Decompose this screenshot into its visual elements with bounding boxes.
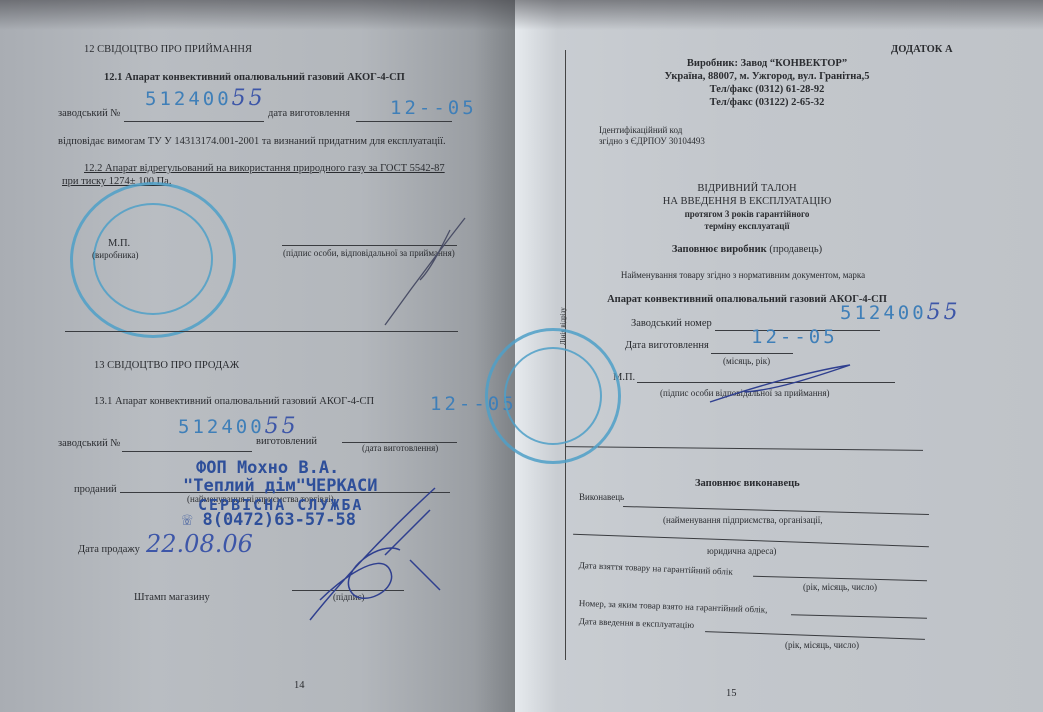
serial-stamp: 51240055 bbox=[145, 86, 266, 111]
section-13-title: 13 СВІДОЦТВО ПРО ПРОДАЖ bbox=[94, 360, 239, 371]
serial-label: заводський № bbox=[58, 108, 120, 119]
phone-1: Тел/факс (0312) 61-28-92 bbox=[710, 84, 825, 95]
executor-caption-2: юридична адреса) bbox=[707, 546, 776, 556]
manufacture-label: дата виготовлення bbox=[268, 108, 350, 119]
warranty-date-label: Дата взяття товару на гарантійний облік bbox=[579, 560, 733, 577]
sale-date-label: Дата продажу bbox=[78, 544, 140, 555]
warranty-date-caption: (рік, місяць, число) bbox=[803, 582, 877, 592]
address: Україна, 88007, м. Ужгород, вул. Гранітн… bbox=[665, 71, 870, 82]
shop-stamp-label: Штамп магазину bbox=[134, 592, 210, 603]
mp-sub: (виробника) bbox=[92, 250, 139, 260]
warranty-number-line bbox=[791, 614, 927, 619]
executor-line bbox=[623, 506, 929, 515]
sale-date-value: 22.08.06 bbox=[146, 530, 253, 558]
coupon-divider bbox=[565, 446, 923, 451]
warranty-number-label: Номер, за яким товар взято на гарантійни… bbox=[579, 598, 768, 615]
page-number-15: 15 bbox=[726, 688, 737, 699]
conformity-text: відповідає вимогам ТУ У 14313174.001-200… bbox=[58, 136, 446, 147]
commission-date-label: Дата введення в експлуатацію bbox=[579, 616, 695, 630]
item-12-1: 12.1 Апарат конвективний опалювальний га… bbox=[104, 72, 405, 83]
filled-by-manufacturer: Заповнює виробник (продавець) bbox=[672, 244, 822, 255]
shop-stamp-line1: ФОП Мохно В.А. bbox=[196, 458, 339, 478]
coupon-factory-stamp bbox=[485, 328, 621, 464]
manufacture-field-line bbox=[356, 121, 452, 122]
coupon-manufacture-stamp: 12--05 bbox=[751, 326, 838, 348]
appendix-label: ДОДАТОК А bbox=[891, 44, 953, 55]
filled-by-executor: Заповнює виконавець bbox=[695, 478, 800, 489]
page-number-14: 14 bbox=[294, 680, 305, 691]
sold-label: проданий bbox=[74, 484, 117, 495]
section-divider bbox=[65, 331, 458, 332]
book-top-shadow bbox=[0, 0, 1043, 30]
manufactured-label: виготовлений bbox=[256, 436, 317, 447]
factory-stamp bbox=[70, 182, 236, 338]
sale-serial-label: заводський № bbox=[58, 438, 120, 449]
id-code-line1: Ідентифікаційний код bbox=[599, 125, 682, 135]
right-page: Лінія відрізу ДОДАТОК А Виробник: Завод … bbox=[515, 0, 1043, 712]
coupon-serial-stamp: 51240055 bbox=[840, 300, 961, 325]
executor-label: Виконавець bbox=[579, 492, 624, 502]
mp-label: М.П. bbox=[108, 238, 130, 249]
coupon-manufacture-label: Дата виготовлення bbox=[625, 340, 709, 351]
signature-scribble bbox=[380, 210, 470, 330]
sale-serial-line bbox=[122, 451, 252, 452]
coupon-manufacture-line bbox=[711, 353, 793, 354]
executor-caption-1: (найменування підприємства, організації, bbox=[663, 515, 823, 525]
coupon-serial-label: Заводський номер bbox=[631, 318, 712, 329]
manufacture-stamp: 12--05 bbox=[390, 97, 477, 119]
coupon-title-1: ВІДРИВНИЙ ТАЛОН bbox=[697, 183, 796, 194]
coupon-signature bbox=[705, 362, 855, 407]
product-name-label: Найменування товару згідно з нормативним… bbox=[621, 270, 865, 280]
item-13-1: 13.1 Апарат конвективний опалювальний га… bbox=[94, 396, 374, 407]
phone-2: Тел/факс (03122) 2-65-32 bbox=[710, 97, 825, 108]
section-12-title: 12 СВІДОЦТВО ПРО ПРИЙМАННЯ bbox=[84, 44, 252, 55]
item-12-2-line1: 12.2 Апарат відрегульований на використа… bbox=[84, 163, 445, 174]
commission-date-caption: (рік, місяць, число) bbox=[785, 640, 859, 650]
id-code-line2: згідно з ЄДРПОУ 30104493 bbox=[599, 136, 705, 146]
coupon-title-4: терміну експлуатації bbox=[705, 221, 790, 231]
coupon-title-2: НА ВВЕДЕННЯ В ЕКСПЛУАТАЦІЮ bbox=[663, 196, 832, 207]
commission-date-line bbox=[705, 631, 925, 640]
coupon-title-3: протягом 3 років гарантійного bbox=[685, 209, 810, 219]
manufactured-caption: (дата виготовлення) bbox=[362, 443, 438, 453]
manufacturer: Виробник: Завод “КОНВЕКТОР” bbox=[687, 58, 847, 69]
seller-signature bbox=[290, 480, 450, 630]
serial-field-line bbox=[124, 121, 264, 122]
warranty-date-line bbox=[753, 576, 927, 582]
left-page: 12 СВІДОЦТВО ПРО ПРИЙМАННЯ 12.1 Апарат к… bbox=[0, 0, 515, 712]
